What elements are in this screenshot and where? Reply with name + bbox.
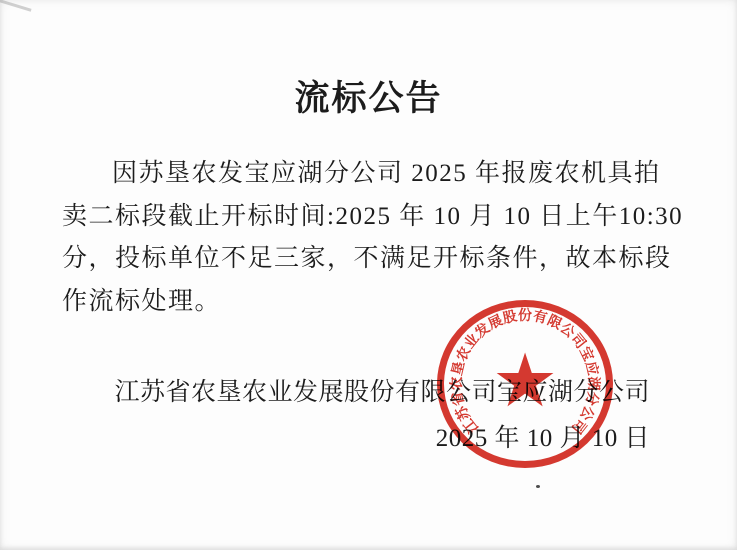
page-title: 流标公告 — [0, 71, 737, 121]
announcement-document: 流标公告 因苏垦农发宝应湖分公司 2025 年报废农机具拍 卖二标段截止开标时间… — [0, 0, 737, 550]
ink-dot-artifact — [536, 485, 540, 488]
scan-artifact — [0, 0, 32, 12]
announcement-body: 因苏垦农发宝应湖分公司 2025 年报废农机具拍 卖二标段截止开标时间:2025… — [62, 153, 654, 323]
seal-char: 省 — [450, 389, 469, 408]
body-line-1: 因苏垦农发宝应湖分公司 2025 年报废农机具拍 — [62, 153, 654, 196]
seal-arc-text: 江苏省农垦农业发展股份有限公司宝应湖分公司 — [437, 300, 613, 468]
official-seal: ★ 江苏省农垦农业发展股份有限公司宝应湖分公司 — [437, 300, 613, 468]
body-line-3: 分，投标单位不足三家，不满足开标条件，故本标段 — [62, 238, 654, 281]
body-line-2: 卖二标段截止开标时间:2025 年 10 月 10 日上午10:30 — [62, 196, 654, 239]
